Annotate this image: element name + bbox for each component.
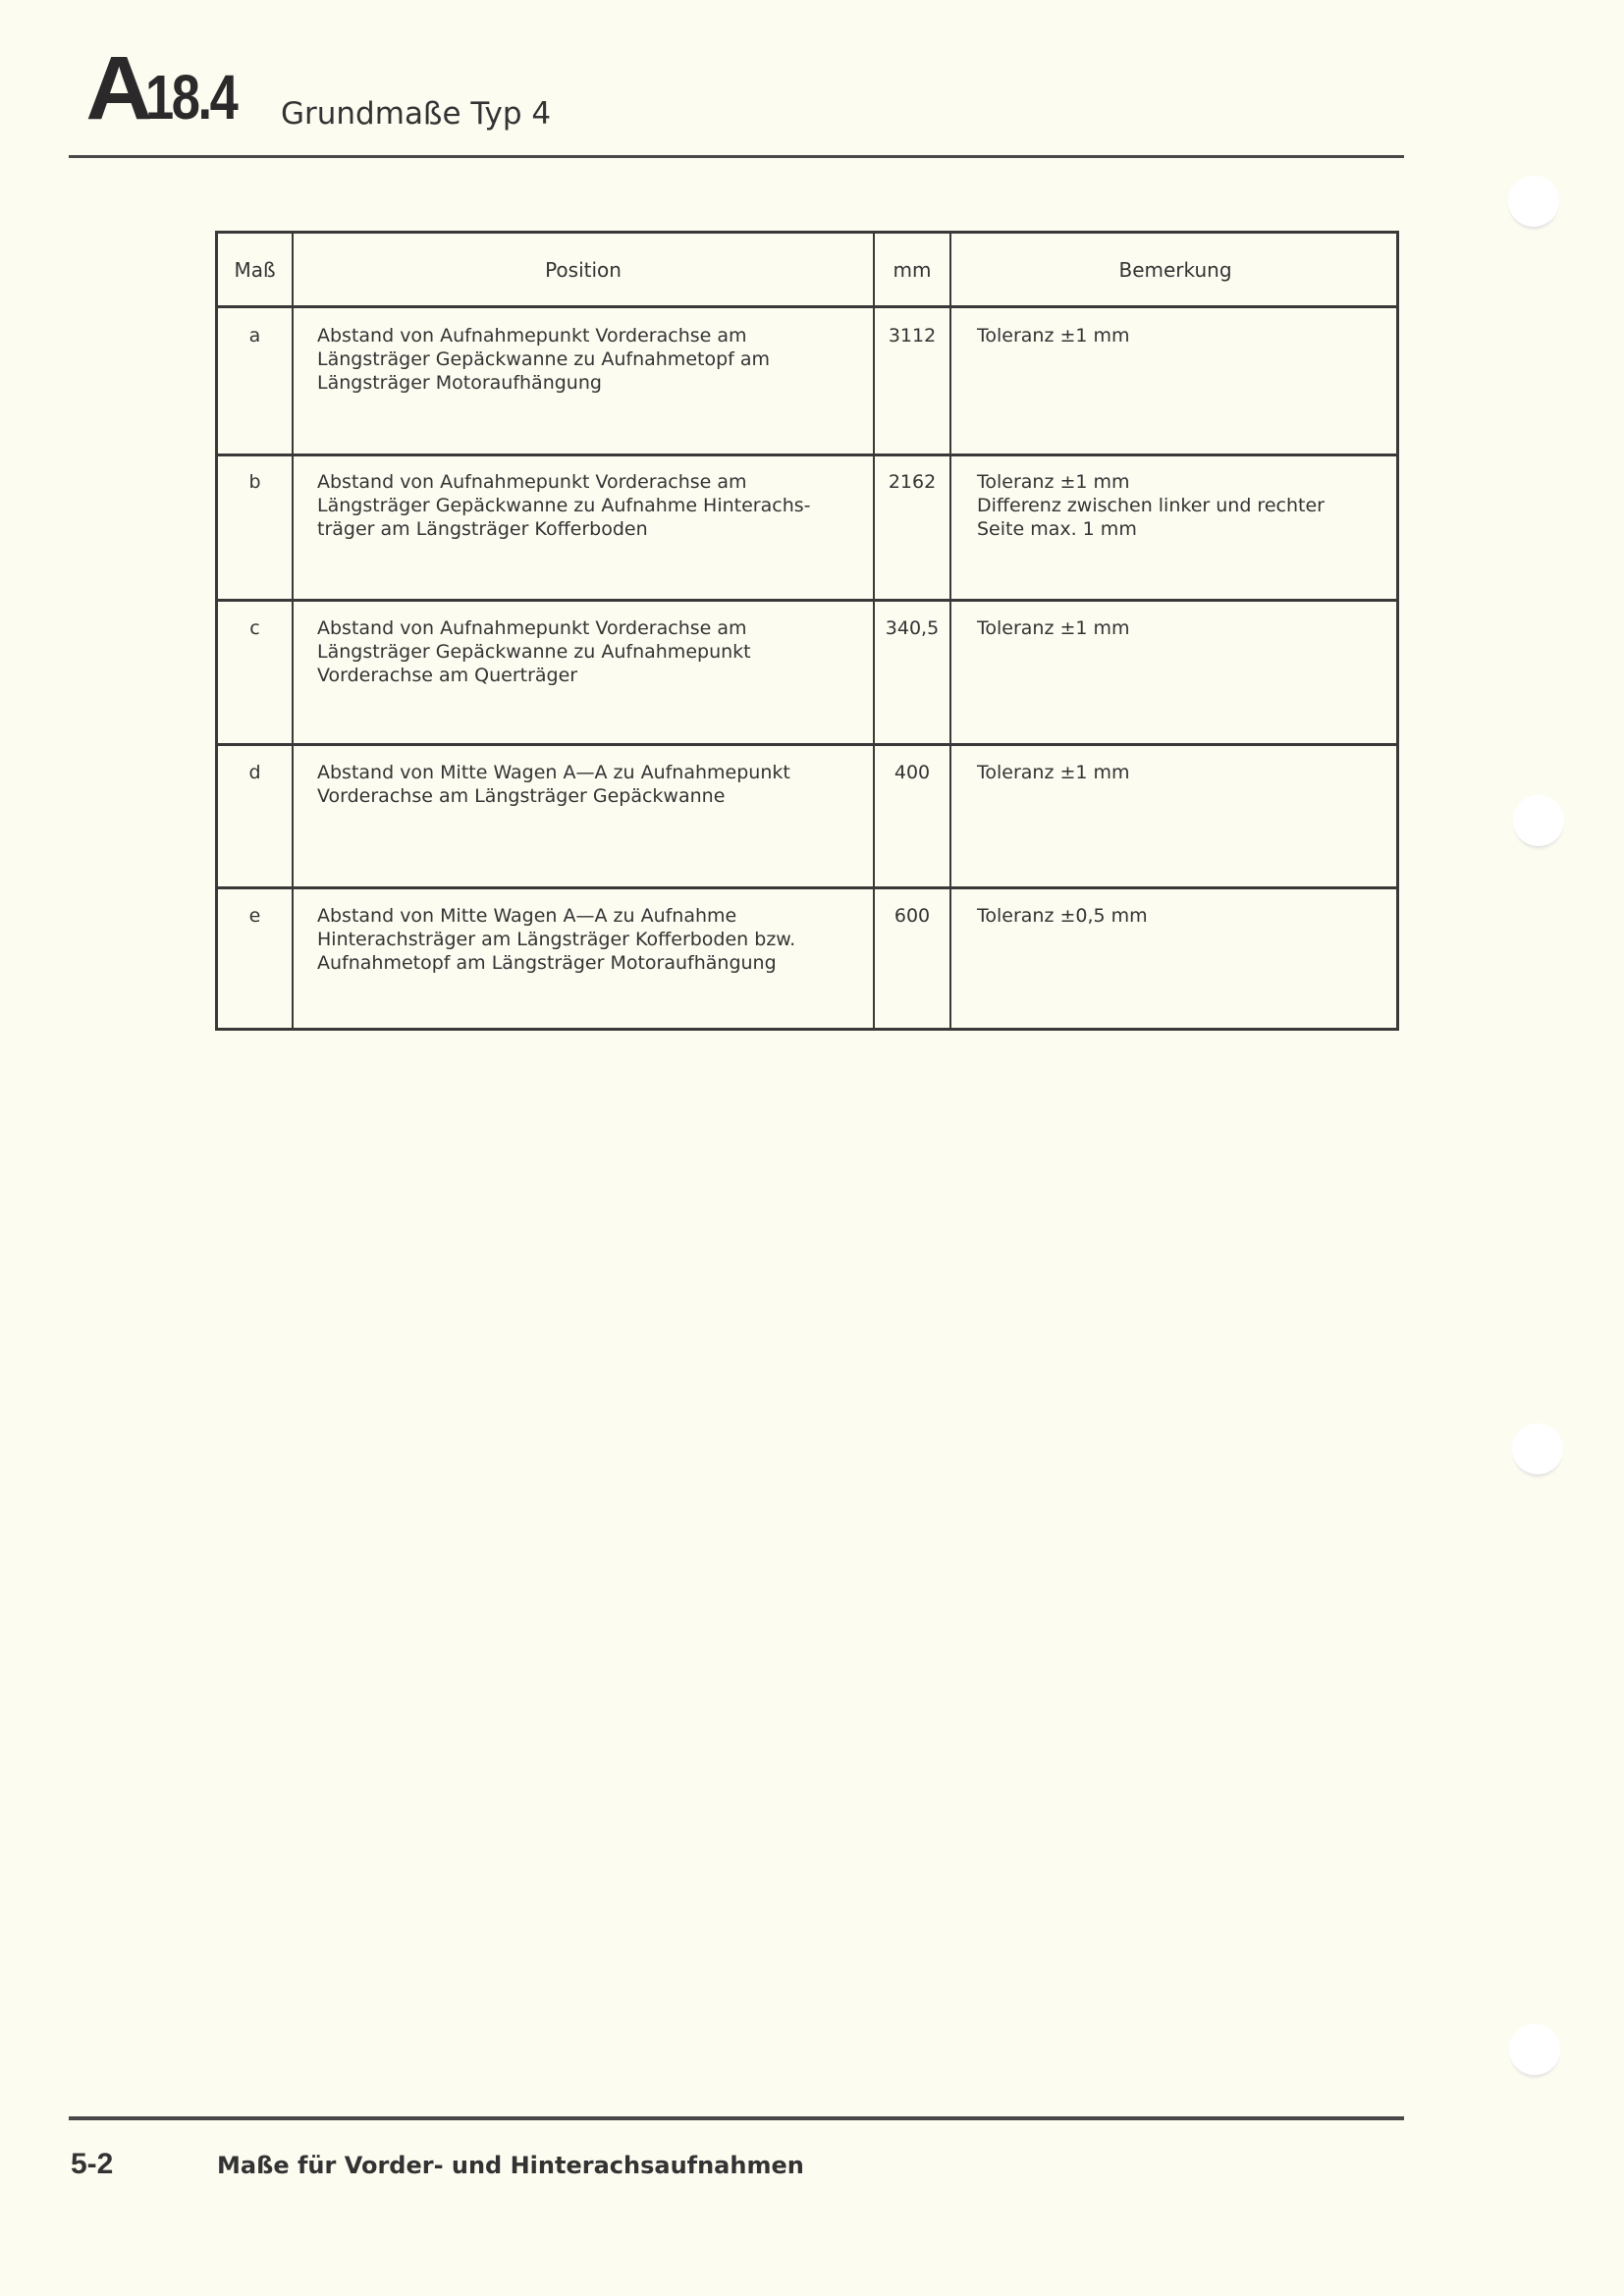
position-line: Vorderachse am Längsträger Gepäckwanne <box>317 784 867 808</box>
row-divider <box>218 454 1396 456</box>
position-line: Aufnahmetopf am Längsträger Motoraufhäng… <box>317 951 867 975</box>
remark-line: Toleranz ±1 mm <box>977 324 1399 347</box>
dimensions-table: Maß Position mm Bemerkung aAbstand von A… <box>215 231 1399 1031</box>
section-letter: A <box>85 43 148 133</box>
row-mm: 340,5 <box>875 616 949 640</box>
position-line: Längsträger Gepäckwanne zu Aufnahme Hint… <box>317 494 867 517</box>
row-mm: 2162 <box>875 470 949 494</box>
remark-line: Toleranz ±0,5 mm <box>977 904 1399 928</box>
row-remark: Toleranz ±1 mm <box>977 761 1399 784</box>
row-mm: 3112 <box>875 324 949 347</box>
row-remark: Toleranz ±1 mm <box>977 324 1399 347</box>
remark-line: Toleranz ±1 mm <box>977 616 1399 640</box>
column-header-mass: Maß <box>218 258 292 282</box>
header-divider <box>218 305 1396 308</box>
position-line: Abstand von Mitte Wagen A—A zu Aufnahme <box>317 904 867 928</box>
row-remark: Toleranz ±1 mmDifferenz zwischen linker … <box>977 470 1399 541</box>
row-divider <box>218 599 1396 602</box>
section-code: 18.4 <box>145 61 236 133</box>
row-position: Abstand von Mitte Wagen A—A zu Aufnahmep… <box>317 761 867 808</box>
position-line: Vorderachse am Querträger <box>317 664 867 687</box>
remark-line: Seite max. 1 mm <box>977 517 1399 541</box>
column-header-position: Position <box>294 258 873 282</box>
page-title: Grundmaße Typ 4 <box>281 96 551 132</box>
row-remark: Toleranz ±0,5 mm <box>977 904 1399 928</box>
position-line: Hinterachsträger am Längsträger Kofferbo… <box>317 928 867 951</box>
footer-rule <box>69 2116 1404 2120</box>
column-divider <box>292 234 294 1028</box>
punch-hole <box>1513 795 1564 846</box>
footer-title: Maße für Vorder- und Hinterachsaufnahmen <box>217 2152 804 2179</box>
position-line: Längsträger Motoraufhängung <box>317 371 867 395</box>
row-mm: 400 <box>875 761 949 784</box>
position-line: Abstand von Aufnahmepunkt Vorderachse am <box>317 616 867 640</box>
row-mass: c <box>218 616 292 640</box>
row-mass: b <box>218 470 292 494</box>
column-header-remark: Bemerkung <box>951 258 1399 282</box>
position-line: Längsträger Gepäckwanne zu Aufnahmetopf … <box>317 347 867 371</box>
row-mass: e <box>218 904 292 928</box>
row-mass: a <box>218 324 292 347</box>
remark-line: Toleranz ±1 mm <box>977 470 1399 494</box>
row-mm: 600 <box>875 904 949 928</box>
row-position: Abstand von Aufnahmepunkt Vorderachse am… <box>317 616 867 687</box>
page-number: 5-2 <box>71 2148 113 2181</box>
position-line: Längsträger Gepäckwanne zu Aufnahmepunkt <box>317 640 867 664</box>
column-divider <box>949 234 951 1028</box>
row-remark: Toleranz ±1 mm <box>977 616 1399 640</box>
remark-line: Toleranz ±1 mm <box>977 761 1399 784</box>
row-position: Abstand von Aufnahmepunkt Vorderachse am… <box>317 470 867 541</box>
row-position: Abstand von Aufnahmepunkt Vorderachse am… <box>317 324 867 395</box>
row-position: Abstand von Mitte Wagen A—A zu AufnahmeH… <box>317 904 867 975</box>
position-line: träger am Längsträger Kofferboden <box>317 517 867 541</box>
section-number: A18.4 <box>86 43 256 133</box>
column-header-mm: mm <box>875 258 949 282</box>
header-rule <box>69 155 1404 158</box>
row-divider <box>218 743 1396 746</box>
punch-hole <box>1512 1423 1563 1474</box>
position-line: Abstand von Mitte Wagen A—A zu Aufnahmep… <box>317 761 867 784</box>
row-divider <box>218 886 1396 889</box>
punch-hole <box>1509 2024 1560 2075</box>
position-line: Abstand von Aufnahmepunkt Vorderachse am <box>317 470 867 494</box>
row-mass: d <box>218 761 292 784</box>
position-line: Abstand von Aufnahmepunkt Vorderachse am <box>317 324 867 347</box>
remark-line: Differenz zwischen linker und rechter <box>977 494 1399 517</box>
punch-hole <box>1508 176 1559 227</box>
